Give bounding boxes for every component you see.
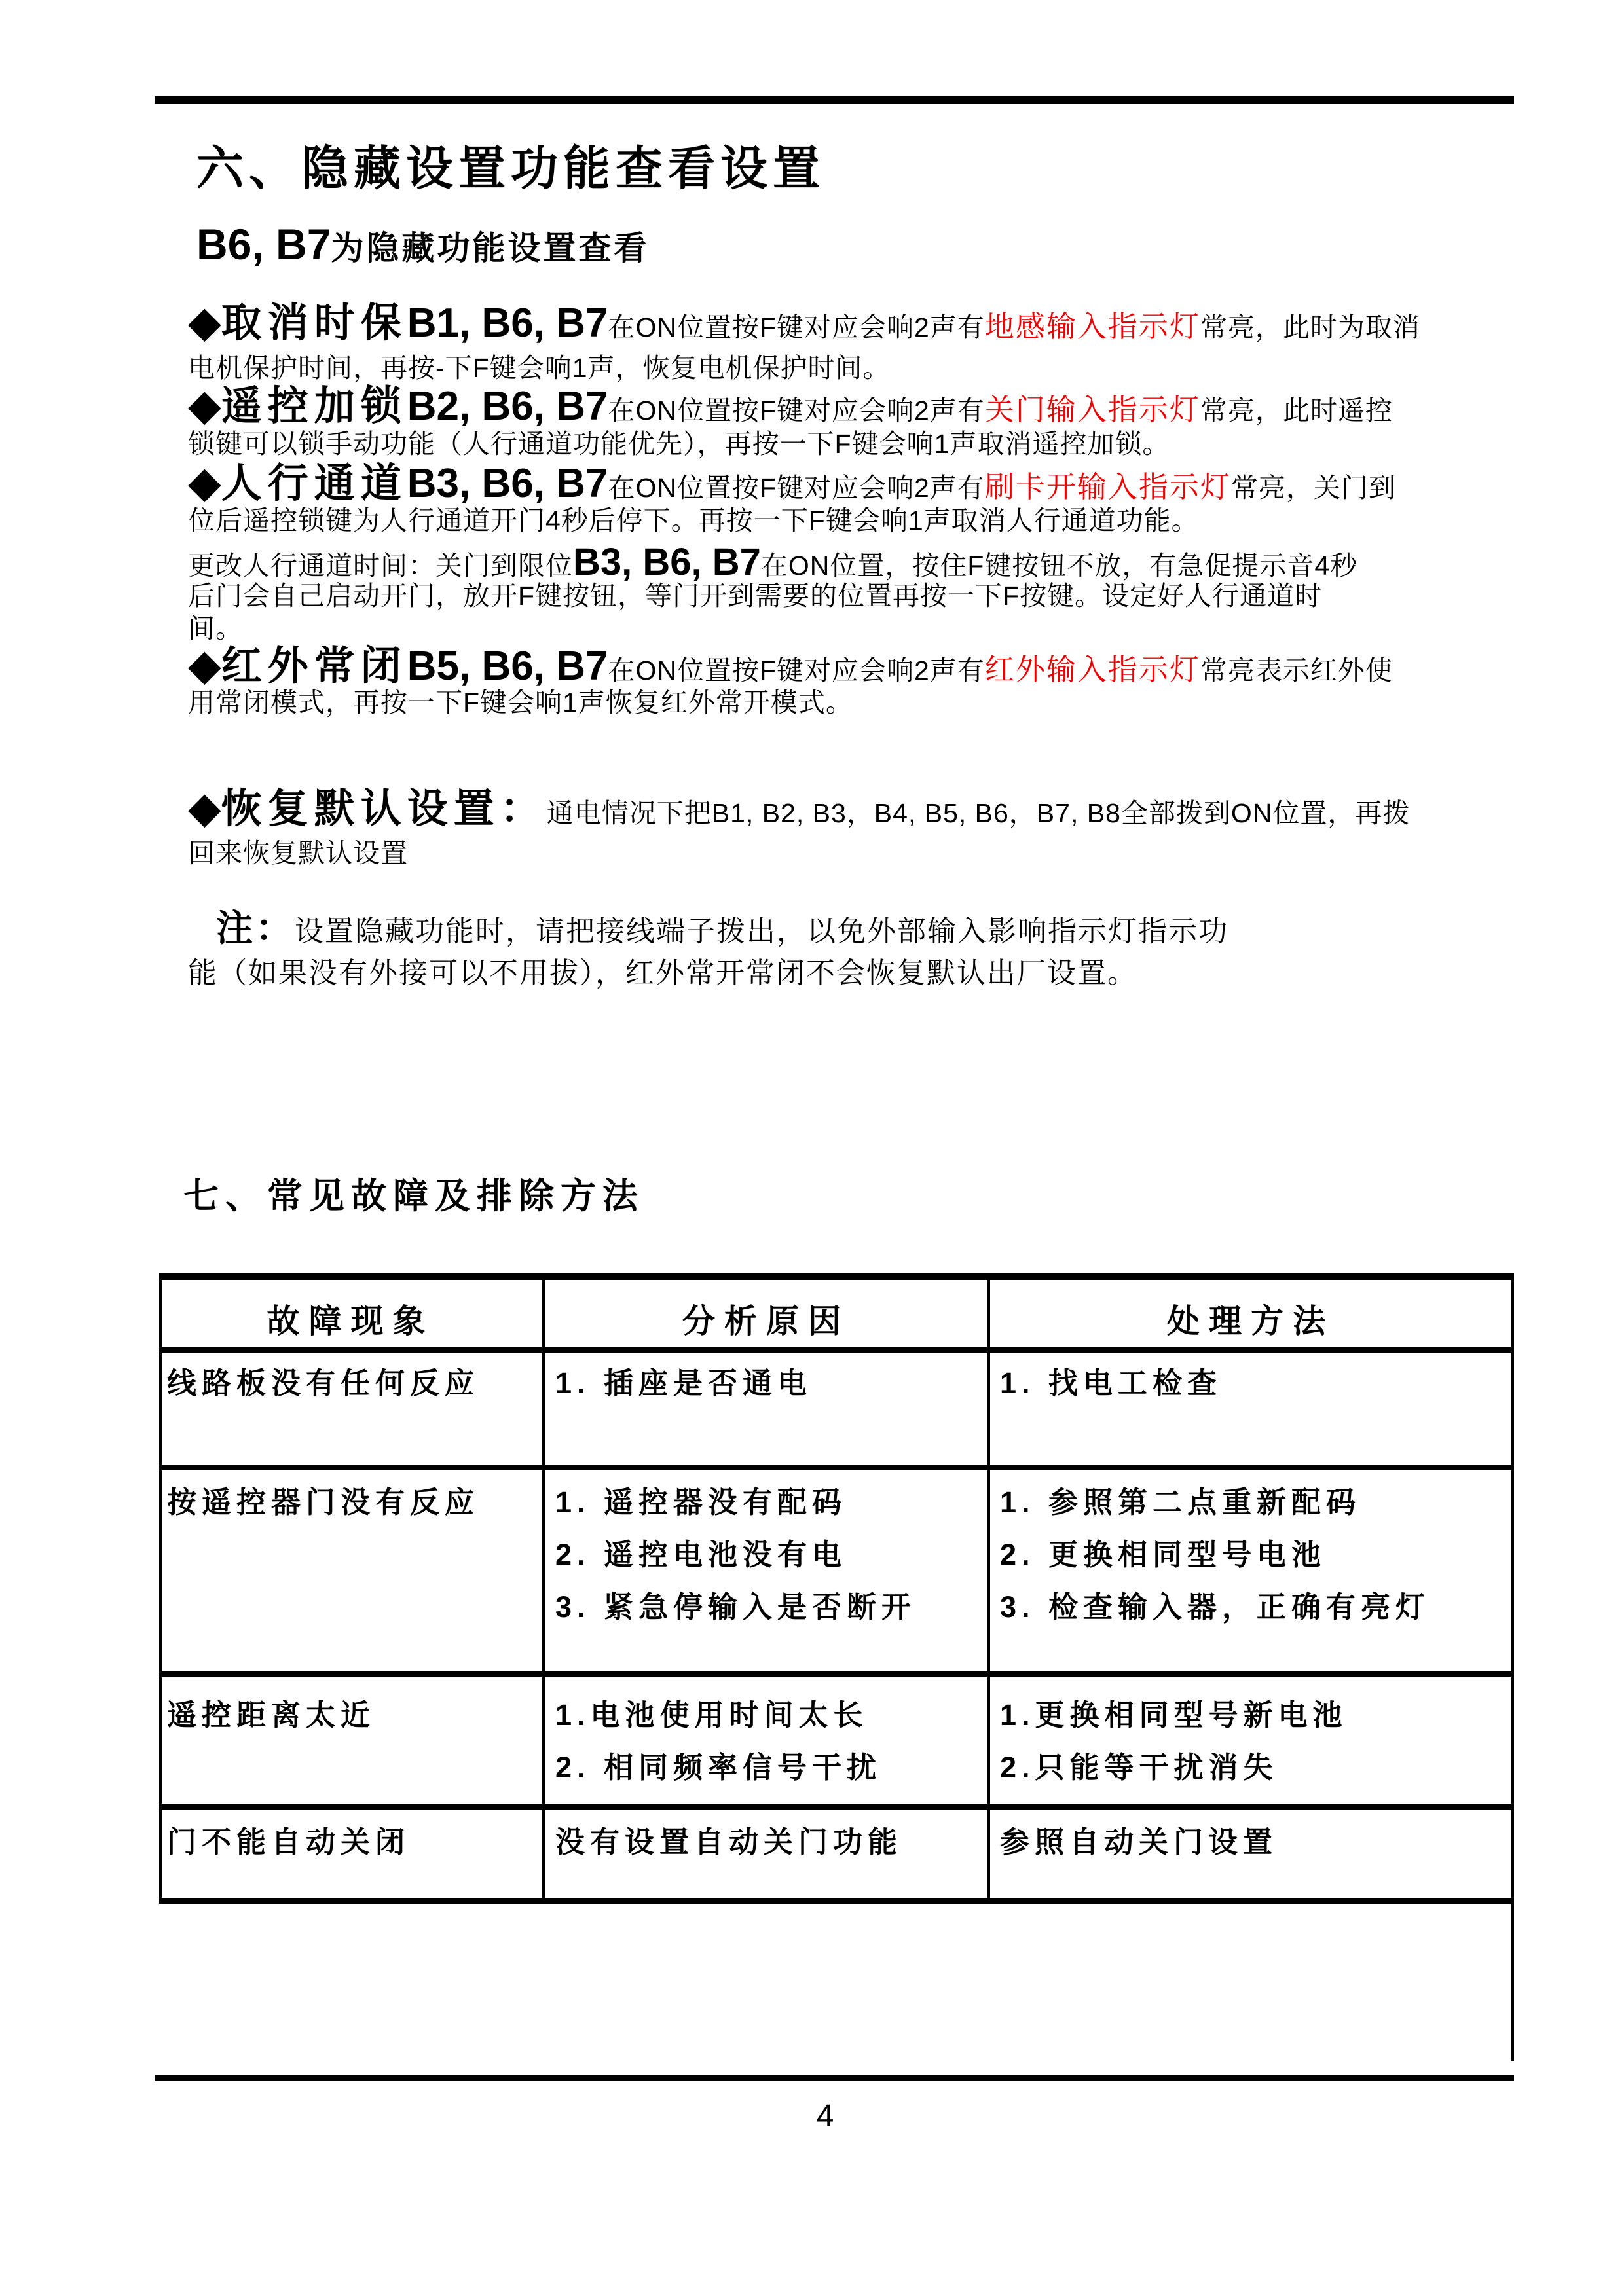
table-right-border-stub — [1511, 1904, 1514, 2061]
diamond-icon: ◆ — [188, 297, 221, 346]
table-cell-symptom: 门不能自动关闭 — [167, 1816, 410, 1868]
note-para-line2: 能（如果没有外接可以不用拔），红外常开常闭不会恢复默认出厂设置。 — [188, 959, 1137, 988]
bullet-lead: 取消时保 — [221, 301, 407, 346]
bullet-pedestrian-line1: ◆人行通道B3, B6, B7在ON位置按F键对应会响2声有刷卡开输入指示灯常亮… — [188, 460, 1396, 504]
section6-title: 六、隐藏设置功能查看设置 — [196, 145, 825, 192]
bullet-body: 在ON位置按F键对应会响2声有 — [608, 473, 984, 503]
bullet-cancel-timeprotect-line1: ◆取消时保B1, B6, B7在ON位置按F键对应会响2声有地感输入指示灯常亮，… — [188, 300, 1420, 344]
cause-line: 3. 紧急停输入是否断开 — [555, 1581, 916, 1633]
bullet-remote-lock-line1: ◆遥控加锁B2, B6, B7在ON位置按F键对应会响2声有关门输入指示灯常亮，… — [188, 383, 1393, 427]
para-body: 更改人行通道时间：关门到限位 — [188, 551, 573, 581]
para-body: 在ON位置，按住F键按钮不放，有急促提示音4秒 — [761, 551, 1357, 581]
diamond-icon: ◆ — [188, 380, 221, 429]
table-row-separator — [159, 1465, 1514, 1470]
footer-rule — [155, 2075, 1514, 2081]
dip-keys: B3, B6, B7 — [407, 461, 608, 506]
bullet-lead: 红外常闭 — [221, 644, 407, 689]
fix-line: 3. 检查输入器，正确有亮灯 — [1000, 1581, 1430, 1633]
bullet-lead: 恢复默认设置： — [221, 786, 547, 831]
bullet-infrared-line2: 用常闭模式，再按一下F键会响1声恢复红外常开模式。 — [188, 689, 853, 716]
page-number: 4 — [681, 2098, 969, 2134]
bullet-remote-lock-line2: 锁键可以锁手动功能（人行通道功能优先），再按一下F键会响1声取消遥控加锁。 — [188, 431, 1170, 458]
bullet-body: 常亮，此时遥控 — [1200, 395, 1393, 426]
fix-line: 1.更换相同型号新电池 — [1000, 1689, 1348, 1741]
fix-line: 2.只能等干扰消失 — [1000, 1741, 1348, 1794]
table-column-separator — [542, 1273, 545, 1904]
pedestrian-time-para-line1: 更改人行通道时间：关门到限位B3, B6, B7在ON位置，按住F键按钮不放，有… — [188, 543, 1357, 581]
subtitle-text: 为隐藏功能设置查看 — [331, 230, 649, 266]
bullet-restore-default-line2: 回来恢复默认设置 — [188, 840, 408, 867]
note-lead: 注： — [216, 907, 295, 949]
bullet-body: 在ON位置按F键对应会响2声有 — [608, 655, 984, 685]
cause-line: 2. 相同频率信号干扰 — [555, 1741, 881, 1794]
pedestrian-time-para-line2: 后门会自己启动开门，放开F键按钮，等门开到需要的位置再按一下F按键。设定好人行通… — [188, 583, 1322, 610]
table-row-separator — [159, 1671, 1514, 1677]
bullet-pedestrian-line2: 位后遥控锁键为人行通道开门4秒后停下。再按一下F键会响1声取消人行通道功能。 — [188, 507, 1199, 534]
bullet-infrared-line1: ◆红外常闭B5, B6, B7在ON位置按F键对应会响2声有红外输入指示灯常亮表… — [188, 643, 1393, 687]
table-border-left — [159, 1273, 162, 1904]
diamond-icon: ◆ — [188, 458, 221, 506]
table-border-top — [159, 1273, 1514, 1280]
diamond-icon: ◆ — [188, 783, 221, 831]
dip-keys: B2, B6, B7 — [407, 384, 608, 429]
table-cell-fix: 1.更换相同型号新电池 2.只能等干扰消失 — [1000, 1689, 1348, 1794]
note-body: 设置隐藏功能时，请把接线端子拨出，以免外部输入影响指示灯指示功 — [295, 915, 1228, 947]
subtitle-switch-keys: B6, B7 — [196, 220, 331, 268]
dip-keys: B5, B6, B7 — [407, 644, 608, 689]
top-rule — [155, 96, 1514, 104]
bullet-cancel-timeprotect-line2: 电机保护时间，再按-下F键会响1声，恢复电机保护时间。 — [188, 355, 891, 382]
table-border-header-bottom — [159, 1347, 1514, 1353]
bullet-lead: 人行通道 — [221, 461, 407, 506]
pedestrian-time-para-line3: 间。 — [188, 615, 243, 642]
table-border-right — [1511, 1273, 1514, 1904]
bullet-body: 常亮，关门到 — [1231, 473, 1396, 503]
table-cell-fix: 1. 找电工检查 — [1000, 1357, 1222, 1410]
troubleshooting-table: 故障现象 分析原因 处理方法 线路板没有任何反应 1. 插座是否通电 1. 找电… — [159, 1273, 1514, 1904]
table-cell-cause: 1.电池使用时间太长 2. 相同频率信号干扰 — [555, 1689, 881, 1794]
table-header-symptom: 故障现象 — [159, 1295, 542, 1342]
indicator-red-text: 关门输入指示灯 — [985, 393, 1200, 426]
table-cell-fix: 参照自动关门设置 — [1000, 1816, 1278, 1868]
bullet-body: 在ON位置按F键对应会响2声有 — [608, 312, 984, 342]
table-cell-symptom: 线路板没有任何反应 — [167, 1357, 479, 1410]
dip-keys: B1, B6, B7 — [407, 301, 608, 346]
diamond-icon: ◆ — [188, 640, 221, 689]
bullet-body: 通电情况下把B1, B2, B3，B4, B5, B6，B7, B8全部拨到ON… — [547, 798, 1411, 828]
table-cell-cause: 1. 遥控器没有配码 2. 遥控电池没有电 3. 紧急停输入是否断开 — [555, 1476, 916, 1633]
note-para-line1: 注：设置隐藏功能时，请把接线端子拨出，以免外部输入影响指示灯指示功 — [216, 910, 1228, 947]
table-cell-cause: 没有设置自动关门功能 — [555, 1816, 902, 1868]
manual-page: 六、隐藏设置功能查看设置 B6, B7为隐藏功能设置查看 ◆取消时保B1, B6… — [0, 0, 1624, 2296]
fix-line: 2. 更换相同型号电池 — [1000, 1529, 1430, 1581]
indicator-red-text: 刷卡开输入指示灯 — [985, 470, 1231, 503]
bullet-restore-default-line1: ◆恢复默认设置：通电情况下把B1, B2, B3，B4, B5, B6，B7, … — [188, 786, 1410, 829]
cause-line: 1. 遥控器没有配码 — [555, 1476, 916, 1529]
table-cell-fix: 1. 参照第二点重新配码 2. 更换相同型号电池 3. 检查输入器，正确有亮灯 — [1000, 1476, 1430, 1633]
table-border-bottom — [159, 1898, 1514, 1904]
bullet-body: 在ON位置按F键对应会响2声有 — [608, 395, 984, 426]
bullet-body: 常亮表示红外使 — [1200, 655, 1393, 685]
cause-line: 2. 遥控电池没有电 — [555, 1529, 916, 1581]
section6-subtitle: B6, B7为隐藏功能设置查看 — [196, 223, 649, 266]
table-header-fix: 处理方法 — [990, 1295, 1511, 1342]
indicator-red-text: 红外输入指示灯 — [985, 653, 1200, 686]
indicator-red-text: 地感输入指示灯 — [985, 310, 1200, 343]
dip-keys: B3, B6, B7 — [573, 541, 761, 583]
bullet-lead: 遥控加锁 — [221, 384, 407, 429]
section7-title: 七、常见故障及排除方法 — [183, 1178, 644, 1214]
table-cell-cause: 1. 插座是否通电 — [555, 1357, 812, 1410]
table-header-cause: 分析原因 — [545, 1295, 987, 1342]
table-cell-symptom: 遥控距离太近 — [167, 1689, 375, 1741]
table-cell-symptom: 按遥控器门没有反应 — [167, 1476, 479, 1529]
fix-line: 1. 参照第二点重新配码 — [1000, 1476, 1430, 1529]
cause-line: 1.电池使用时间太长 — [555, 1689, 881, 1741]
table-row-separator — [159, 1804, 1514, 1810]
bullet-body: 常亮，此时为取消 — [1200, 312, 1420, 342]
table-column-separator — [987, 1273, 990, 1904]
